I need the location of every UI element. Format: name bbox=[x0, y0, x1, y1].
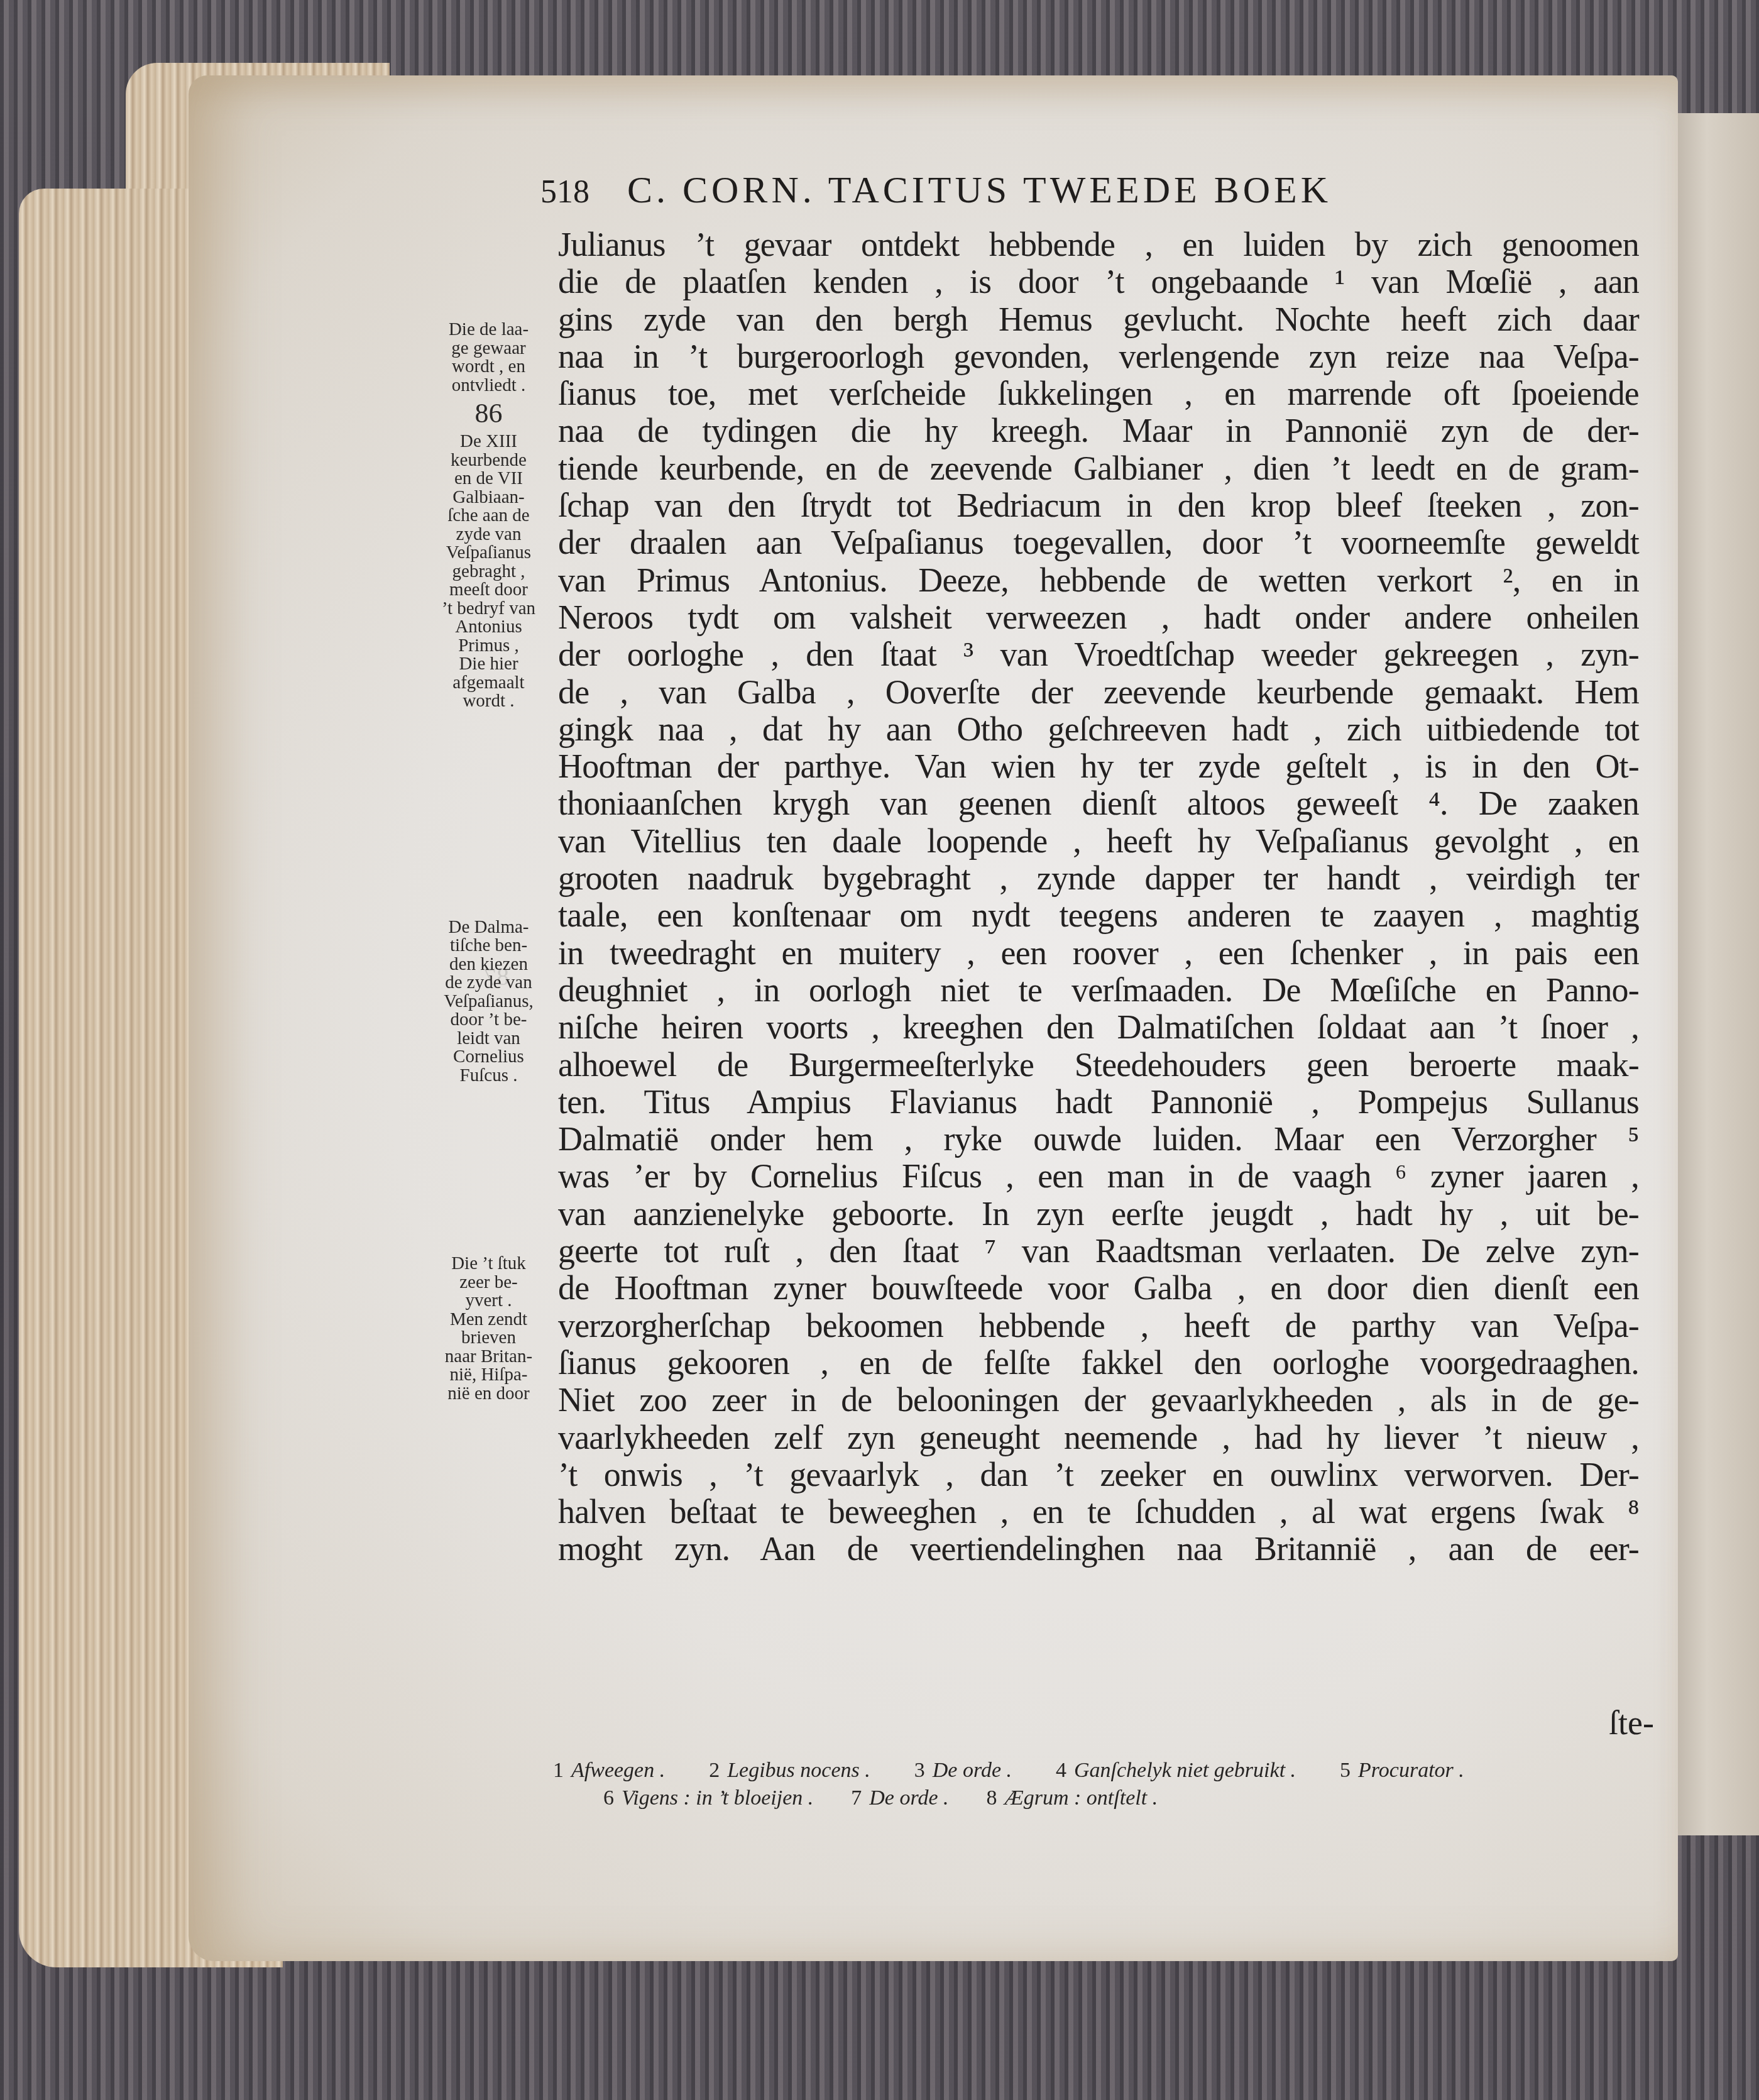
margin-note-line: Primus , bbox=[421, 637, 556, 656]
footnote: 2Legibus nocens . bbox=[709, 1757, 870, 1784]
footnote-text: Ganſchelyk niet gebruikt . bbox=[1074, 1759, 1296, 1782]
margin-note-line: Antonius bbox=[421, 618, 556, 637]
margin-note-line: en de VII bbox=[421, 470, 556, 488]
body-line: was ’er by Cornelius Fiſcus , een man in… bbox=[558, 1158, 1639, 1195]
margin-note-line: gebraght , bbox=[421, 563, 556, 581]
footnote: 6Vigens : in ’t bloeijen . bbox=[603, 1784, 813, 1812]
margin-note-line: Die ’t ſtuk bbox=[421, 1255, 556, 1273]
body-line: deughniet , in oorlogh niet te verſmaade… bbox=[558, 972, 1639, 1009]
margin-note-line: naar Britan- bbox=[421, 1348, 556, 1366]
footnote: 3De orde . bbox=[914, 1757, 1012, 1784]
footnote-text: De orde . bbox=[869, 1786, 948, 1810]
body-line: alhoewel de Burgermeeſterlyke Steedehoud… bbox=[558, 1047, 1639, 1084]
footnote-text: Ægrum : ontſtelt . bbox=[1005, 1786, 1158, 1810]
body-line: van Vitellius ten daale loopende , heeft… bbox=[558, 823, 1639, 860]
margin-notes: Die de laa- ge gewaar wordt , en ontvlie… bbox=[421, 321, 556, 1403]
body-line: moght zyn. Aan de veertiendelinghen naa … bbox=[558, 1531, 1639, 1568]
body-line: van aanzienelyke geboorte. In zyn eerſte… bbox=[558, 1196, 1639, 1233]
margin-note-line: Fuſcus . bbox=[421, 1067, 556, 1086]
margin-spacer bbox=[421, 1085, 556, 1255]
footnote-number: 8 bbox=[987, 1786, 997, 1810]
body-line: gins zyde van den bergh Hemus gevlucht. … bbox=[558, 301, 1639, 338]
footnote: 5Procurator . bbox=[1340, 1757, 1464, 1784]
margin-note-line: door ’t be- bbox=[421, 1011, 556, 1030]
margin-note-line: wordt , en bbox=[421, 358, 556, 377]
margin-note-line: keurbende bbox=[421, 451, 556, 470]
margin-note-line: meeſt door bbox=[421, 581, 556, 600]
body-line: der oorloghe , den ſtaat ³ van Vroedtſch… bbox=[558, 636, 1639, 673]
footnote-text: Legibus nocens . bbox=[727, 1759, 870, 1782]
margin-note-line: wordt . bbox=[421, 692, 556, 711]
body-line: verzorgherſchap bekoomen hebbende , heef… bbox=[558, 1307, 1639, 1344]
body-line: ſianus gekooren , en de felſte fakkel de… bbox=[558, 1344, 1639, 1382]
body-line: ten. Titus Ampius Flavianus hadt Pannoni… bbox=[558, 1084, 1639, 1121]
footnote-row: 6Vigens : in ’t bloeijen . 7De orde . 8Æ… bbox=[553, 1784, 1659, 1812]
footnote-number: 3 bbox=[914, 1759, 925, 1782]
running-head-title: C. CORN. TACITUS TWEEDE BOEK bbox=[627, 168, 1332, 212]
margin-note-line: zeer be- bbox=[421, 1273, 556, 1292]
footnote: 8Ægrum : ontſtelt . bbox=[987, 1784, 1158, 1812]
body-line: gingk naa , dat hy aan Otho geſchreeven … bbox=[558, 711, 1639, 748]
body-line: geerte tot ruſt , den ſtaat ⁷ van Raadts… bbox=[558, 1233, 1639, 1270]
body-line: niſche heiren voorts , kreeghen den Dalm… bbox=[558, 1009, 1639, 1046]
body-line: van Primus Antonius. Deeze, hebbende de … bbox=[558, 562, 1639, 599]
margin-note-line: yvert . bbox=[421, 1292, 556, 1311]
section-number: 86 bbox=[421, 395, 556, 432]
body-line: halven beſtaat te beweeghen , en te ſchu… bbox=[558, 1493, 1639, 1531]
margin-note-line: brieven bbox=[421, 1329, 556, 1348]
margin-note: Die hier afgemaalt wordt . bbox=[421, 655, 556, 711]
body-line: Dalmatië onder hem , ryke ouwde luiden. … bbox=[558, 1121, 1639, 1158]
body-line: in tweedraght en muitery , een roover , … bbox=[558, 935, 1639, 972]
footnote: 4Ganſchelyk niet gebruikt . bbox=[1056, 1757, 1296, 1784]
margin-note-line: De XIII bbox=[421, 432, 556, 451]
body-line: ſianus toe, met verſcheide ſukkelingen ,… bbox=[558, 375, 1639, 412]
margin-note-line: nië, Hiſpa- bbox=[421, 1366, 556, 1385]
margin-note-line: zyde van bbox=[421, 525, 556, 544]
footnote-number: 5 bbox=[1340, 1759, 1351, 1782]
margin-note-line: Veſpaſianus, bbox=[421, 992, 556, 1011]
catchword: ſte- bbox=[1609, 1703, 1654, 1742]
margin-note-line: afgemaalt bbox=[421, 674, 556, 693]
body-line: taale, een konſtenaar om nydt teegens an… bbox=[558, 897, 1639, 934]
margin-note-line: Men zendt bbox=[421, 1311, 556, 1329]
body-line: de Hooftman zyner bouwſteede voor Galba … bbox=[558, 1270, 1639, 1307]
footnote: 1Afweegen . bbox=[553, 1757, 665, 1784]
footnote-text: Vigens : in ’t bloeijen . bbox=[622, 1786, 813, 1810]
margin-note: De XIII keurbende en de VII Galbiaan- ſc… bbox=[421, 432, 556, 655]
margin-note-line: ge gewaar bbox=[421, 339, 556, 358]
margin-note-line: Die hier bbox=[421, 655, 556, 674]
body-line: vaarlykheeden zelf zyn geneught neemende… bbox=[558, 1419, 1639, 1456]
body-line: der draalen aan Veſpaſianus toegevallen,… bbox=[558, 524, 1639, 561]
footnote-text: De orde . bbox=[933, 1759, 1012, 1782]
body-line: naa in ’t burgeroorlogh gevonden, verlen… bbox=[558, 338, 1639, 375]
footnote-number: 7 bbox=[851, 1786, 862, 1810]
facing-page-edge bbox=[1672, 113, 1759, 1835]
body-line: Niet zoo zeer in de belooningen der geva… bbox=[558, 1382, 1639, 1419]
margin-note: De Dalma- tiſche ben- den kiezen de zyde… bbox=[421, 918, 556, 1086]
footnotes: 1Afweegen . 2Legibus nocens . 3De orde .… bbox=[553, 1757, 1659, 1812]
body-line: ſchap van den ſtrydt tot Bedriacum in de… bbox=[558, 487, 1639, 524]
margin-spacer bbox=[421, 711, 556, 918]
body-line: Julianus ’t gevaar ontdekt hebbende , en… bbox=[558, 226, 1639, 263]
body-line: die de plaatſen kenden , is door ’t onge… bbox=[558, 263, 1639, 300]
margin-note-line: leidt van bbox=[421, 1030, 556, 1048]
footnote-number: 1 bbox=[553, 1759, 564, 1782]
body-line: Neroos tydt om valsheit verweezen , hadt… bbox=[558, 599, 1639, 636]
margin-note-line: ’t bedryf van bbox=[421, 600, 556, 618]
footnote-number: 6 bbox=[603, 1786, 614, 1810]
page-number: 518 bbox=[540, 173, 589, 211]
margin-note-line: tiſche ben- bbox=[421, 937, 556, 955]
body-line: ’t onwis , ’t gevaarlyk , dan ’t zeeker … bbox=[558, 1456, 1639, 1493]
body-line: de , van Galba , Ooverſte der zeevende k… bbox=[558, 674, 1639, 711]
margin-note-line: Galbiaan- bbox=[421, 488, 556, 507]
running-head: 518 C. CORN. TACITUS TWEEDE BOEK bbox=[540, 168, 1546, 212]
margin-note-line: nië en door bbox=[421, 1385, 556, 1404]
footnote-row: 1Afweegen . 2Legibus nocens . 3De orde .… bbox=[553, 1757, 1659, 1784]
margin-note-line: Veſpaſianus bbox=[421, 544, 556, 563]
margin-note: Die de laa- ge gewaar wordt , en ontvlie… bbox=[421, 321, 556, 395]
body-line: grooten naadruk bygebraght , zynde dappe… bbox=[558, 860, 1639, 897]
margin-note-line: Die de laa- bbox=[421, 321, 556, 339]
margin-note: Men zendt brieven naar Britan- nië, Hiſp… bbox=[421, 1311, 556, 1404]
margin-note-line: ontvliedt . bbox=[421, 377, 556, 395]
footnote-number: 4 bbox=[1056, 1759, 1066, 1782]
body-line: Hooftman der parthye. Van wien hy ter zy… bbox=[558, 748, 1639, 785]
footnote-text: Afweegen . bbox=[571, 1759, 665, 1782]
margin-note-line: den kiezen bbox=[421, 955, 556, 974]
body-line: tiende keurbende, en de zeevende Galbian… bbox=[558, 450, 1639, 487]
footnote-number: 2 bbox=[709, 1759, 720, 1782]
footnote: 7De orde . bbox=[851, 1784, 948, 1812]
margin-note-line: Cornelius bbox=[421, 1048, 556, 1067]
body-text: Julianus ’t gevaar ontdekt hebbende , en… bbox=[558, 226, 1639, 1568]
margin-note-line: de zyde van bbox=[421, 974, 556, 992]
body-line: thoniaanſchen krygh van geenen dienſt al… bbox=[558, 785, 1639, 822]
margin-note-line: ſche aan de bbox=[421, 507, 556, 525]
body-line: naa de tydingen die hy kreegh. Maar in P… bbox=[558, 412, 1639, 449]
footnote-text: Procurator . bbox=[1358, 1759, 1464, 1782]
margin-note-line: De Dalma- bbox=[421, 918, 556, 937]
margin-note: Die ’t ſtuk zeer be- yvert . bbox=[421, 1255, 556, 1311]
